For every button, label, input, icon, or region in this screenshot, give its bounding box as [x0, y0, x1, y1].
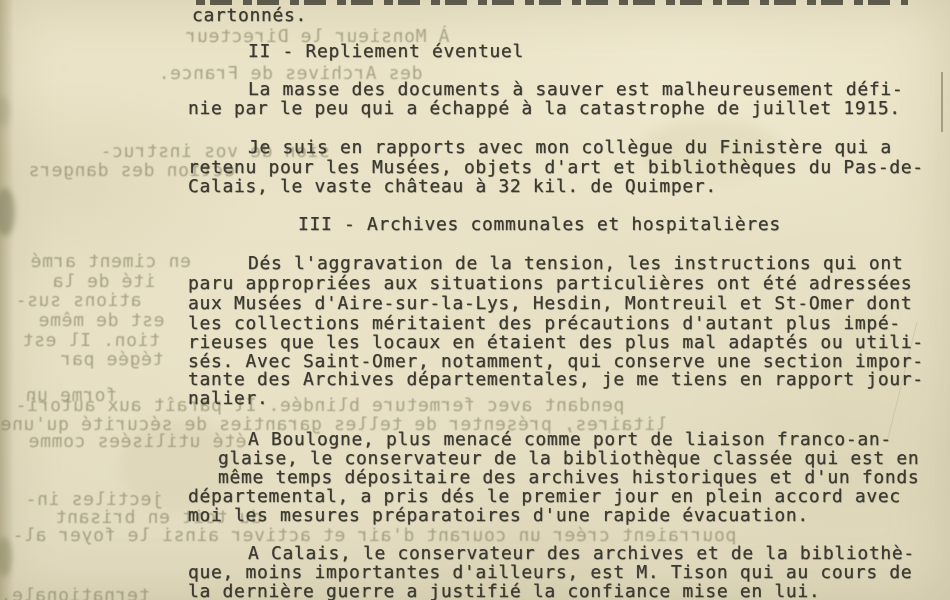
typed-line: la dernière guerre a justifié la confian…: [188, 582, 820, 600]
typed-line: retenu pour les Musées, objets d'art et …: [188, 158, 924, 178]
scanned-letter-page: À Monsieur le Directeurdes Archives de F…: [0, 0, 950, 600]
typed-line: La masse des documents à sauver est malh…: [248, 80, 903, 100]
typed-line: aux Musées d'Aire-sur-la-Lys, Hesdin, Mo…: [188, 294, 912, 314]
bleedthrough-line: ternationale.: [0, 586, 149, 600]
bleedthrough-line: en ciment armé: [30, 252, 191, 272]
typed-line: Dés l'aggravation de la tension, les ins…: [248, 254, 903, 274]
bleedthrough-line: été utilisées comme: [28, 432, 246, 452]
typed-line: tante des Archives départementales, je m…: [188, 370, 924, 390]
typed-line: glaise, le conservateur de la bibliothèq…: [218, 449, 919, 469]
typed-line: départemental, a pris dés le premier jou…: [188, 487, 901, 507]
typed-line: A Calais, le conservateur des archives e…: [248, 544, 915, 564]
typed-line: Calais, le vaste château à 32 kil. de Qu…: [188, 177, 717, 197]
crease-line: [941, 72, 943, 132]
typed-line: moi les mesures préparatoires d'une rapi…: [188, 506, 809, 526]
section-heading-2: II - Repliement éventuel: [248, 42, 524, 62]
bleedthrough-line: pendant avec fermeture blindée. Il paraî…: [15, 396, 624, 416]
bleedthrough-line: est de même: [38, 311, 164, 331]
typed-line: les collections méritaient des précautio…: [188, 314, 901, 334]
typed-line: que, moins importantes d'ailleurs, est M…: [188, 563, 912, 583]
typed-line: cartonnés.: [192, 6, 307, 26]
section-heading-3: III - Archives communales et hospitalièr…: [298, 215, 781, 235]
typed-line: A Boulogne, plus menacé comme port de li…: [248, 430, 892, 450]
bleedthrough-line: tion. Il est: [22, 331, 160, 351]
bleedthrough-line: tégée par: [60, 350, 163, 370]
typed-line: rieuses que les locaux en étaient des pl…: [188, 333, 924, 353]
bleedthrough-line: ité de la: [52, 272, 155, 292]
paper-edge-shadow: [0, 0, 14, 600]
bleedthrough-line: ations sus-: [15, 291, 141, 311]
typed-line: nie par le peu qui a échappé à la catast…: [188, 99, 901, 119]
typed-line: paru appropriées aux situations particul…: [188, 274, 912, 294]
typed-line: même temps dépositaire des archives hist…: [218, 468, 919, 488]
typed-line: nalier.: [188, 389, 268, 409]
typed-line: Je suis en rapports avec mon collègue du…: [248, 138, 892, 158]
